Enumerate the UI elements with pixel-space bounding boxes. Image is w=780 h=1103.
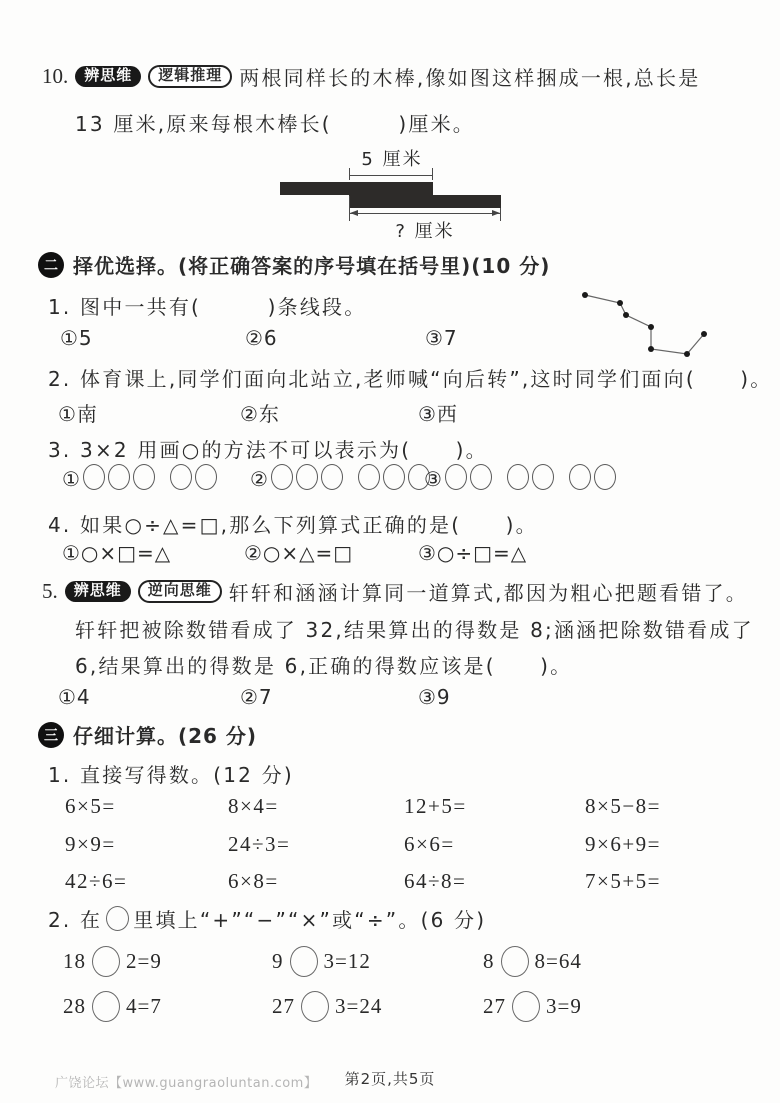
calc-sub1-title: 1. 直接写得数。(12 分) xyxy=(48,759,294,788)
choice-q5-line2: 轩轩把被除数错看成了 32,结果算出的得数是 8;涵涵把除数错看成了 xyxy=(75,614,754,643)
choice-q5-option-1: ①4 xyxy=(58,685,91,709)
choice-q2-option-1: ①南 xyxy=(58,398,98,427)
calc-expression: 7×5+5= xyxy=(585,869,661,894)
question-number: 5. xyxy=(42,579,58,604)
fill-equation: 27 3=24 xyxy=(272,991,382,1022)
stick-bar-top xyxy=(280,182,433,195)
question-10-line1: 10. 辨思维 逻辑推理 两根同样长的木棒,像如图这样捆成一根,总长是 xyxy=(42,62,700,91)
measure-line-top xyxy=(349,175,433,176)
fill-equation: 18 2=9 xyxy=(63,946,162,977)
fill-equation: 28 4=7 xyxy=(63,991,162,1022)
choice-q4-option-2: ②○×△=□ xyxy=(244,541,353,565)
badge-reverse-thinking: 逆向思维 xyxy=(138,580,222,603)
choice-q2-option-3: ③西 xyxy=(418,398,458,427)
equation-rest: 8=64 xyxy=(535,949,582,974)
tick-line xyxy=(349,168,350,180)
operator-circle[interactable] xyxy=(301,991,329,1022)
choice-q1-text: 1. 图中一共有( )条线段。 xyxy=(48,291,366,320)
choice-q2-text: 2. 体育课上,同学们面向北站立,老师喊“向后转”,这时同学们面向( )。 xyxy=(48,363,772,392)
choice-q1-option-3: ③7 xyxy=(425,326,458,350)
fill-equation: 8 8=64 xyxy=(483,946,582,977)
operand: 8 xyxy=(483,949,495,974)
operator-circle-icon xyxy=(106,906,129,931)
title-suffix: 里填上“+”“−”“×”或“÷”。(6 分) xyxy=(133,908,486,932)
option-marker: ③ xyxy=(424,467,442,491)
calc-expression: 9×9= xyxy=(65,832,116,857)
equation-rest: 3=9 xyxy=(546,994,582,1019)
page-number: 第2页,共5页 xyxy=(290,1068,490,1089)
title-prefix: 2. 在 xyxy=(48,908,102,932)
badge-bian-siwei: 辨思维 xyxy=(65,581,131,602)
calc-expression: 6×6= xyxy=(404,832,455,857)
circle-group xyxy=(271,464,445,494)
question-text: 两根同样长的木棒,像如图这样捆成一根,总长是 xyxy=(239,62,700,91)
operand: 27 xyxy=(483,994,506,1019)
equation-rest: 2=9 xyxy=(126,949,162,974)
fill-equation: 9 3=12 xyxy=(272,946,371,977)
calc-expression: 64÷8= xyxy=(404,869,466,894)
calc-sub2-title: 2. 在里填上“+”“−”“×”或“÷”。(6 分) xyxy=(48,904,486,933)
calc-expression: 12+5= xyxy=(404,794,467,819)
section-calc-header: 三 仔细计算。(26 分) xyxy=(38,720,257,749)
operator-circle[interactable] xyxy=(501,946,529,977)
calc-expression: 24÷3= xyxy=(228,832,290,857)
equation-rest: 3=24 xyxy=(335,994,382,1019)
choice-q5-option-2: ②7 xyxy=(240,685,273,709)
section-title: 择优选择。(将正确答案的序号填在括号里)(10 分) xyxy=(73,250,550,279)
calc-expression: 9×6+9= xyxy=(585,832,661,857)
equation-rest: 3=12 xyxy=(324,949,371,974)
choice-q4-option-1: ①○×□=△ xyxy=(62,541,171,565)
choice-q2-option-2: ②东 xyxy=(240,398,280,427)
choice-q3-option-3: ③ xyxy=(424,464,631,494)
calc-expression: 6×5= xyxy=(65,794,116,819)
question-number: 10. xyxy=(42,64,68,89)
question-10-line2: 13 厘米,原来每根木棒长( )厘米。 xyxy=(75,108,475,137)
choice-q5-line3: 6,结果算出的得数是 6,正确的得数应该是( )。 xyxy=(75,650,572,679)
choice-q5-option-3: ③9 xyxy=(418,685,451,709)
calc-expression: 8×5−8= xyxy=(585,794,661,819)
choice-q1-option-2: ②6 xyxy=(245,326,278,350)
arrow-right-icon xyxy=(492,210,500,216)
operator-circle[interactable] xyxy=(512,991,540,1022)
operator-circle[interactable] xyxy=(92,991,120,1022)
choice-q4-text: 4. 如果○÷△=□,那么下列算式正确的是( )。 xyxy=(48,509,538,538)
watermark: 广饶论坛【www.guangraoluntan.com】 xyxy=(55,1072,317,1091)
operand: 28 xyxy=(63,994,86,1019)
operator-circle[interactable] xyxy=(290,946,318,977)
choice-q3-option-1: ① xyxy=(62,464,232,494)
operand: 9 xyxy=(272,949,284,974)
calc-expression: 42÷6= xyxy=(65,869,127,894)
operand: 27 xyxy=(272,994,295,1019)
choice-q3-text: 3. 3×2 用画○的方法不可以表示为( )。 xyxy=(48,434,488,463)
section-two-icon: 二 xyxy=(38,252,64,278)
calc-expression: 8×4= xyxy=(228,794,279,819)
arrow-left-icon xyxy=(350,210,358,216)
stick-diagram-bottom-label: ? 厘米 xyxy=(373,217,477,243)
choice-q1-option-1: ①5 xyxy=(60,326,93,350)
circle-group xyxy=(445,464,631,494)
section-choice-header: 二 择优选择。(将正确答案的序号填在括号里)(10 分) xyxy=(38,250,550,279)
calc-expression: 6×8= xyxy=(228,869,279,894)
section-title: 仔细计算。(26 分) xyxy=(73,720,257,749)
badge-bian-siwei: 辨思维 xyxy=(75,66,141,87)
tick-line xyxy=(349,196,350,221)
option-marker: ① xyxy=(62,467,80,491)
measure-line-bottom xyxy=(349,213,501,214)
equation-rest: 4=7 xyxy=(126,994,162,1019)
stick-diagram-top-label: 5 厘米 xyxy=(338,145,446,171)
question-text: 轩轩和涵涵计算同一道算式,都因为粗心把题看错了。 xyxy=(229,577,748,606)
fill-equation: 27 3=9 xyxy=(483,991,582,1022)
choice-q3-option-2: ② xyxy=(250,464,445,494)
tick-line xyxy=(500,208,501,221)
operator-circle[interactable] xyxy=(92,946,120,977)
stick-bar-bottom xyxy=(349,195,501,208)
choice-q5-line1: 5. 辨思维 逆向思维 轩轩和涵涵计算同一道算式,都因为粗心把题看错了。 xyxy=(42,577,748,606)
choice-q4-option-3: ③○÷□=△ xyxy=(418,541,527,565)
worksheet-page: 10. 辨思维 逻辑推理 两根同样长的木棒,像如图这样捆成一根,总长是 13 厘… xyxy=(0,0,780,1103)
badge-logic-reasoning: 逻辑推理 xyxy=(148,65,232,88)
option-marker: ② xyxy=(250,467,268,491)
operand: 18 xyxy=(63,949,86,974)
line-segment-figure xyxy=(572,283,712,368)
section-three-icon: 三 xyxy=(38,722,64,748)
circle-group xyxy=(83,464,232,494)
tick-line xyxy=(432,168,433,180)
